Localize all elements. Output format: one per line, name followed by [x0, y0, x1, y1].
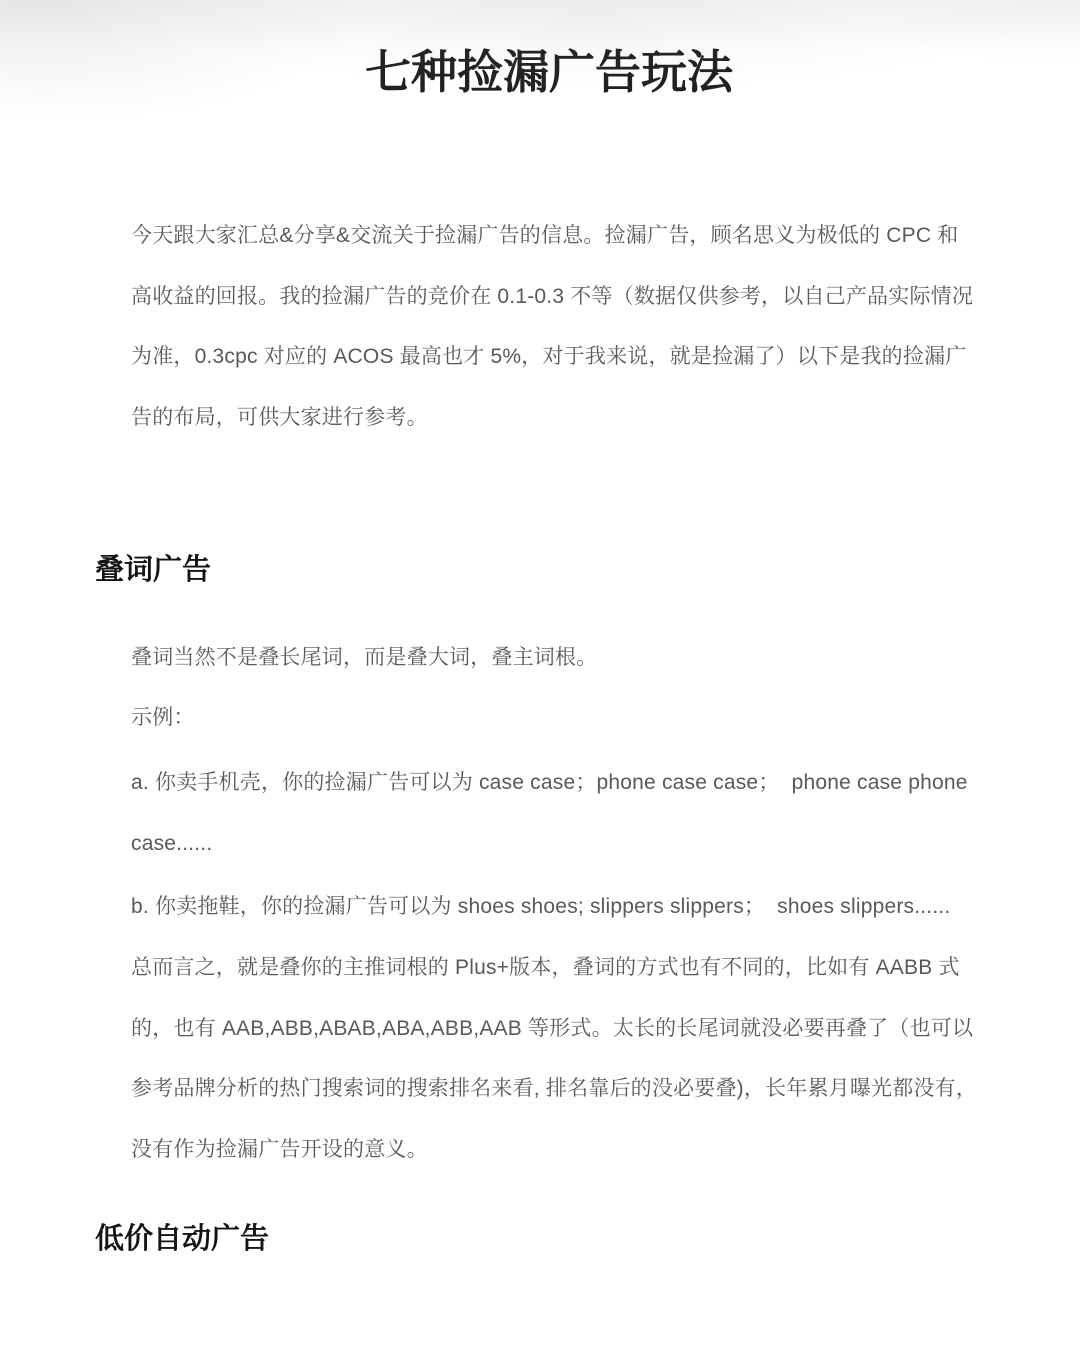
- text-line: 示例：: [131, 688, 991, 749]
- intro-paragraph: 今天跟大家汇总&分享&交流关于捡漏广告的信息。捡漏广告，顾名思义为极低的 CPC…: [131, 206, 991, 448]
- section-heading-low-bid-auto: 低价自动广告: [95, 1221, 269, 1257]
- paragraph-example-b: b. 你卖拖鞋，你的捡漏广告可以为 shoes shoes; slippers …: [131, 877, 991, 938]
- paragraph-example-a: a. 你卖手机壳，你的捡漏广告可以为 case case；phone case …: [131, 753, 991, 874]
- paragraph-summary: 总而言之，就是叠你的主推词根的 Plus+版本，叠词的方式也有不同的，比如有 A…: [131, 938, 991, 1180]
- document-title: 七种捡漏广告玩法: [0, 44, 1080, 102]
- text-line: case......: [131, 814, 991, 875]
- text-line: 告的布局，可供大家进行参考。: [131, 388, 991, 449]
- text-line: 总而言之，就是叠你的主推词根的 Plus+版本，叠词的方式也有不同的，比如有 A…: [131, 938, 991, 999]
- text-line: 没有作为捡漏广告开设的意义。: [131, 1120, 991, 1181]
- text-line: 为准，0.3cpc 对应的 ACOS 最高也才 5%，对于我来说，就是捡漏了）以…: [131, 327, 991, 388]
- section-heading-stacked-words: 叠词广告: [95, 552, 211, 588]
- text-line: 的，也有 AAB,ABB,ABAB,ABA,ABB,AAB 等形式。太长的长尾词…: [131, 999, 991, 1060]
- text-line: b. 你卖拖鞋，你的捡漏广告可以为 shoes shoes; slippers …: [131, 877, 991, 938]
- text-line: 今天跟大家汇总&分享&交流关于捡漏广告的信息。捡漏广告，顾名思义为极低的 CPC…: [131, 206, 991, 267]
- text-line: 叠词当然不是叠长尾词，而是叠大词，叠主词根。: [131, 628, 991, 689]
- document-page: 七种捡漏广告玩法 今天跟大家汇总&分享&交流关于捡漏广告的信息。捡漏广告，顾名思…: [0, 0, 1080, 1354]
- paragraph-example-label: 示例：: [131, 688, 991, 749]
- text-line: 参考品牌分析的热门搜索词的搜索排名来看, 排名靠后的没必要叠)，长年累月曝光都没…: [131, 1059, 991, 1120]
- text-line: a. 你卖手机壳，你的捡漏广告可以为 case case；phone case …: [131, 753, 991, 814]
- text-line: 高收益的回报。我的捡漏广告的竞价在 0.1-0.3 不等（数据仅供参考，以自己产…: [131, 267, 991, 328]
- paragraph-definition: 叠词当然不是叠长尾词，而是叠大词，叠主词根。: [131, 628, 991, 689]
